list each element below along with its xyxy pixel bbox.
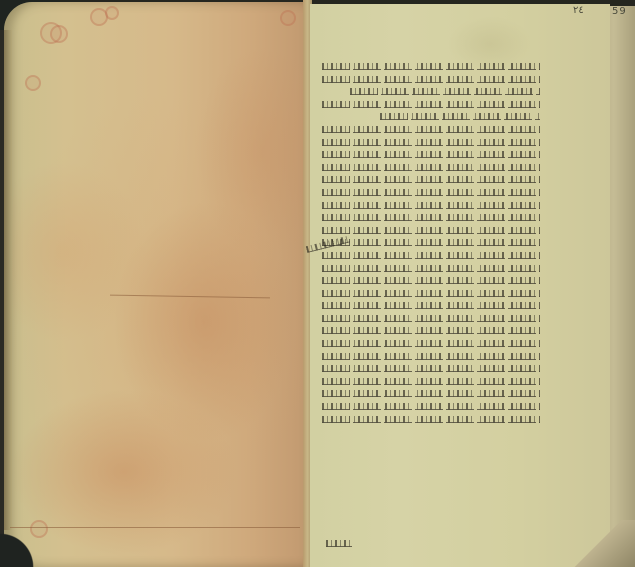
text-line bbox=[322, 173, 540, 186]
handwritten-ink bbox=[322, 416, 540, 423]
text-line bbox=[322, 186, 540, 199]
foxing-spot bbox=[25, 75, 41, 91]
handwritten-ink bbox=[322, 139, 540, 146]
foxing-spot bbox=[50, 25, 68, 43]
handwritten-ink bbox=[322, 227, 540, 234]
page-crease bbox=[10, 527, 300, 528]
handwritten-ink bbox=[322, 353, 540, 360]
text-line bbox=[322, 350, 540, 363]
folio-number-western: 59 bbox=[612, 6, 627, 17]
handwritten-ink bbox=[380, 113, 540, 120]
handwritten-ink bbox=[322, 378, 540, 385]
handwritten-ink bbox=[322, 151, 540, 158]
handwritten-ink bbox=[322, 63, 540, 70]
text-line bbox=[322, 85, 540, 98]
handwritten-ink bbox=[322, 252, 540, 259]
text-line bbox=[322, 375, 540, 388]
text-line bbox=[322, 400, 540, 413]
foxing-spot bbox=[280, 10, 296, 26]
text-line bbox=[322, 148, 540, 161]
text-line bbox=[322, 249, 540, 262]
handwritten-ink bbox=[322, 277, 540, 284]
text-line bbox=[322, 199, 540, 212]
handwritten-ink bbox=[322, 176, 540, 183]
foxing-spot bbox=[105, 6, 119, 20]
manuscript-photo: ٢٤ 59 bbox=[0, 0, 635, 567]
background-corner bbox=[0, 530, 40, 567]
handwritten-ink bbox=[322, 340, 540, 347]
text-line bbox=[322, 299, 540, 312]
text-line bbox=[322, 236, 540, 249]
handwritten-ink bbox=[350, 88, 540, 95]
folio-number-arabic: ٢٤ bbox=[573, 5, 584, 16]
handwritten-ink bbox=[322, 315, 540, 322]
handwritten-ink bbox=[322, 302, 540, 309]
text-line bbox=[322, 110, 540, 123]
left-page-edge bbox=[4, 30, 12, 530]
handwritten-ink bbox=[322, 76, 540, 83]
text-line bbox=[322, 324, 540, 337]
text-line bbox=[322, 60, 540, 73]
text-line bbox=[322, 73, 540, 86]
text-line bbox=[322, 211, 540, 224]
text-line bbox=[322, 413, 540, 426]
handwritten-ink bbox=[322, 239, 540, 246]
handwritten-ink bbox=[322, 390, 540, 397]
handwritten-ink bbox=[322, 126, 540, 133]
handwritten-ink bbox=[322, 214, 540, 221]
handwritten-ink bbox=[322, 164, 540, 171]
left-page bbox=[4, 2, 310, 567]
handwritten-ink bbox=[322, 365, 540, 372]
handwritten-ink bbox=[322, 265, 540, 272]
handwritten-ink bbox=[322, 101, 540, 108]
text-line bbox=[322, 136, 540, 149]
text-line bbox=[322, 123, 540, 136]
handwritten-ink bbox=[322, 327, 540, 334]
text-line bbox=[322, 387, 540, 400]
text-line bbox=[322, 224, 540, 237]
text-line bbox=[322, 161, 540, 174]
text-line bbox=[322, 262, 540, 275]
text-line bbox=[322, 362, 540, 375]
text-line bbox=[322, 312, 540, 325]
text-line bbox=[322, 287, 540, 300]
catchword bbox=[322, 537, 352, 551]
text-line bbox=[322, 274, 540, 287]
page-corner bbox=[560, 520, 635, 567]
text-line bbox=[322, 337, 540, 350]
handwritten-ink bbox=[322, 403, 540, 410]
handwritten-ink bbox=[322, 290, 540, 297]
handwritten-ink bbox=[322, 202, 540, 209]
text-line bbox=[322, 98, 540, 111]
handwritten-ink bbox=[322, 189, 540, 196]
text-block bbox=[322, 60, 540, 425]
